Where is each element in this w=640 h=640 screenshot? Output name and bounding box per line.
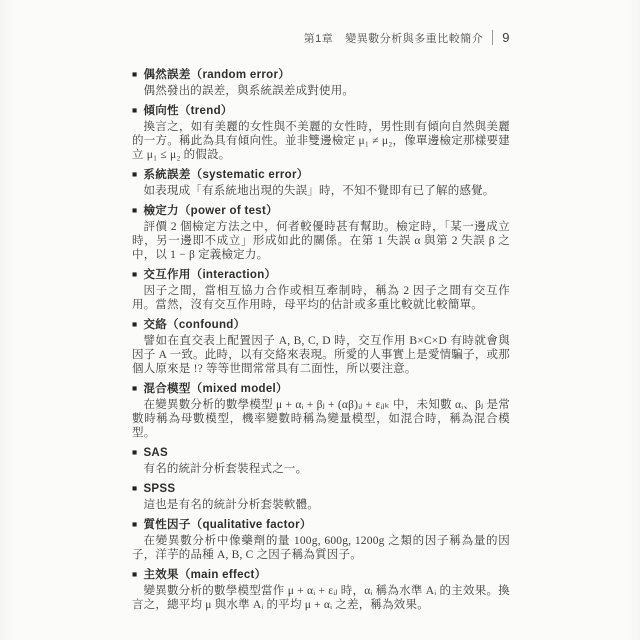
term-label: 系統誤差 bbox=[143, 169, 190, 181]
term-label: 交互作用 bbox=[143, 269, 190, 281]
term-english: （trend） bbox=[179, 105, 233, 117]
term-label: 質性因子 bbox=[143, 519, 190, 531]
glossary-list: ■偶然誤差（random error） 偶然發出的誤差，與系統誤差成對使用。 ■… bbox=[132, 68, 510, 612]
glossary-entry-qualitative-factor: ■質性因子（qualitative factor） 在變異數分析中像藥劑的量 1… bbox=[132, 518, 510, 562]
entry-heading: ■混合模型（mixed model） bbox=[132, 382, 510, 396]
glossary-entry-main-effect: ■主效果（main effect） 變異數分析的數學模型當作 μ + αᵢ + … bbox=[132, 568, 510, 612]
definition-text: 如表現成「有系統地出現的失誤」時，不知不覺即有已了解的感覺。 bbox=[132, 184, 510, 198]
definition-text: 評價 2 個檢定方法之中，何者較優時甚有幫助。檢定時，「某一邊成立時，另一邊即不… bbox=[132, 220, 510, 262]
bullet-square-icon: ■ bbox=[132, 105, 137, 115]
bullet-square-icon: ■ bbox=[132, 169, 137, 179]
page-number: 9 bbox=[492, 30, 510, 45]
bullet-square-icon: ■ bbox=[132, 383, 137, 393]
entry-heading: ■主效果（main effect） bbox=[132, 568, 510, 582]
term-english: （random error） bbox=[191, 69, 290, 81]
glossary-entry-systematic-error: ■系統誤差（systematic error） 如表現成「有系統地出現的失誤」時… bbox=[132, 168, 510, 198]
definition-text: 譬如在直交表上配置因子 A, B, C, D 時，交互作用 B×C×D 有時就會… bbox=[132, 334, 510, 376]
term-label: SPSS bbox=[143, 483, 175, 495]
glossary-entry-spss: ■SPSS 這也是有名的統計分析套裝軟體。 bbox=[132, 482, 510, 512]
glossary-entry-power-of-test: ■檢定力（power of test） 評價 2 個檢定方法之中，何者較優時甚有… bbox=[132, 204, 510, 262]
entry-heading: ■SPSS bbox=[132, 482, 510, 496]
term-english: （systematic error） bbox=[191, 169, 309, 181]
running-header: 第1章 變異數分析與多重比較簡介 9 bbox=[132, 30, 510, 46]
glossary-entry-trend: ■傾向性（trend） 換言之，如有美麗的女性與不美麗的女性時，男性則有傾向自然… bbox=[132, 104, 510, 162]
book-page: 第1章 變異數分析與多重比較簡介 9 ■偶然誤差（random error） 偶… bbox=[0, 0, 640, 640]
term-english: （interaction） bbox=[191, 269, 277, 281]
bullet-square-icon: ■ bbox=[132, 69, 137, 79]
glossary-entry-sas: ■SAS 有名的統計分析套裝程式之一。 bbox=[132, 446, 510, 476]
definition-text: 這也是有名的統計分析套裝軟體。 bbox=[132, 498, 510, 512]
definition-text: 因子之間，當相互協力合作或相互牽制時，稱為 2 因子之間有交互作用。當然，沒有交… bbox=[132, 284, 510, 312]
bullet-square-icon: ■ bbox=[132, 519, 137, 529]
definition-text: 有名的統計分析套裝程式之一。 bbox=[132, 462, 510, 476]
bullet-square-icon: ■ bbox=[132, 569, 137, 579]
bullet-square-icon: ■ bbox=[132, 319, 137, 329]
definition-text: 偶然發出的誤差，與系統誤差成對使用。 bbox=[132, 84, 510, 98]
entry-heading: ■檢定力（power of test） bbox=[132, 204, 510, 218]
bullet-square-icon: ■ bbox=[132, 269, 137, 279]
glossary-entry-confound: ■交絡（confound） 譬如在直交表上配置因子 A, B, C, D 時，交… bbox=[132, 318, 510, 376]
term-label: 主效果 bbox=[143, 569, 178, 581]
bullet-square-icon: ■ bbox=[132, 205, 137, 215]
term-english: （main effect） bbox=[179, 569, 267, 581]
term-label: 檢定力 bbox=[143, 205, 178, 217]
entry-heading: ■系統誤差（systematic error） bbox=[132, 168, 510, 182]
entry-heading: ■偶然誤差（random error） bbox=[132, 68, 510, 82]
bullet-square-icon: ■ bbox=[132, 483, 137, 493]
term-english: （power of test） bbox=[179, 205, 278, 217]
definition-text: 變異數分析的數學模型當作 μ + αᵢ + εᵢⱼ 時，αᵢ 稱為水準 Aᵢ 的… bbox=[132, 584, 510, 612]
term-english: （qualitative factor） bbox=[191, 519, 312, 531]
bullet-square-icon: ■ bbox=[132, 447, 137, 457]
entry-heading: ■交互作用（interaction） bbox=[132, 268, 510, 282]
entry-heading: ■交絡（confound） bbox=[132, 318, 510, 332]
term-english: （confound） bbox=[167, 319, 245, 331]
glossary-entry-random-error: ■偶然誤差（random error） 偶然發出的誤差，與系統誤差成對使用。 bbox=[132, 68, 510, 98]
term-label: 偶然誤差 bbox=[143, 69, 190, 81]
term-label: SAS bbox=[143, 447, 168, 459]
entry-heading: ■SAS bbox=[132, 446, 510, 460]
definition-text: 在變異數分析中像藥劑的量 100g, 600g, 1200g 之類的因子稱為量的… bbox=[132, 534, 510, 562]
term-english: （mixed model） bbox=[191, 383, 288, 395]
definition-text: 在變異數分析的數學模型 μ + αᵢ + βⱼ + (αβ)ᵢⱼ + εᵢⱼₖ … bbox=[132, 398, 510, 440]
chapter-label: 第1章 bbox=[304, 30, 334, 46]
definition-text: 換言之，如有美麗的女性與不美麗的女性時，男性則有傾向自然與美麗的一方。稱此為具有… bbox=[132, 120, 510, 162]
chapter-title: 變異數分析與多重比較簡介 bbox=[345, 30, 483, 46]
term-label: 交絡 bbox=[143, 319, 167, 331]
term-label: 傾向性 bbox=[143, 105, 178, 117]
entry-heading: ■質性因子（qualitative factor） bbox=[132, 518, 510, 532]
term-label: 混合模型 bbox=[143, 383, 190, 395]
glossary-entry-interaction: ■交互作用（interaction） 因子之間，當相互協力合作或相互牽制時，稱為… bbox=[132, 268, 510, 312]
content-column: 第1章 變異數分析與多重比較簡介 9 ■偶然誤差（random error） 偶… bbox=[132, 30, 510, 618]
glossary-entry-mixed-model: ■混合模型（mixed model） 在變異數分析的數學模型 μ + αᵢ + … bbox=[132, 382, 510, 440]
entry-heading: ■傾向性（trend） bbox=[132, 104, 510, 118]
